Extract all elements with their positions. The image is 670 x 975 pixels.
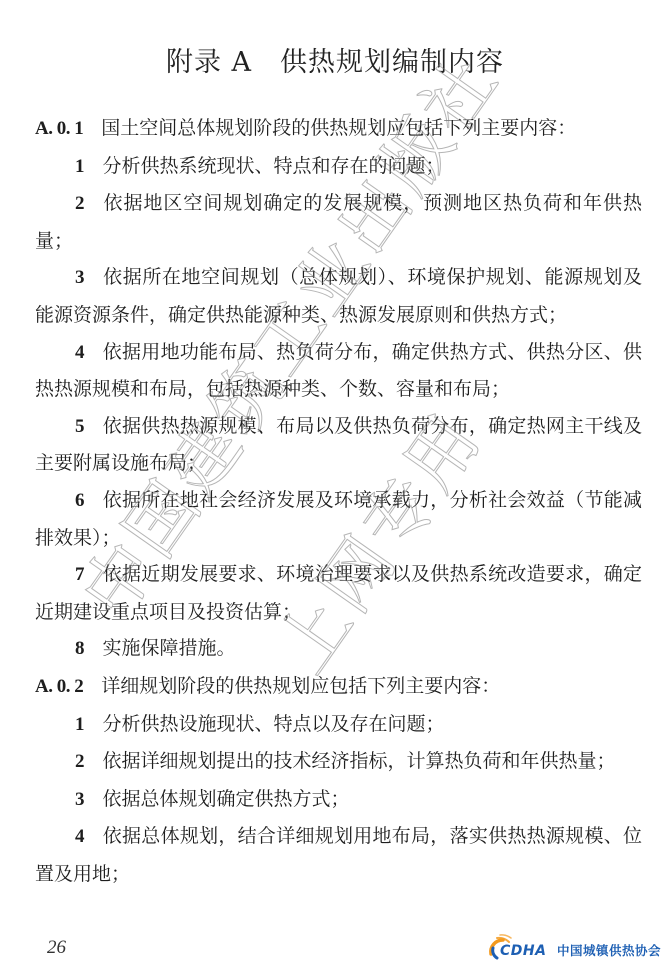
item-number: 4 xyxy=(75,826,85,847)
item-number: 2 xyxy=(75,193,85,214)
item-text: 实施保障措施。 xyxy=(103,637,236,659)
list-item: 3依据总体规划确定供热方式； xyxy=(35,781,642,819)
clause-number: A. 0. 1 xyxy=(35,118,83,139)
association-logo: CDHA 中国城镇供热协会 xyxy=(487,932,661,962)
item-text: 依据用地功能布局、热负荷分布，确定供热方式、供热分区、供热热源规模和布局，包括热… xyxy=(35,341,642,401)
item-text: 分析供热系统现状、特点和存在的问题； xyxy=(103,155,445,177)
list-item: 4依据用地功能布局、热负荷分布，确定供热方式、供热分区、供热热源规模和布局，包括… xyxy=(35,334,642,408)
item-text: 依据供热热源规模、布局以及供热负荷分布，确定热网主干线及主要附属设施布局； xyxy=(35,415,642,475)
item-number: 1 xyxy=(75,156,85,177)
list-item: 3依据所在地空间规划（总体规划）、环境保护规划、能源规划及能源资源条件，确定供热… xyxy=(35,259,642,333)
item-text: 依据总体规划确定供热方式； xyxy=(103,788,350,810)
list-item: 6依据所在地社会经济发展及环境承载力，分析社会效益（节能减排效果）； xyxy=(35,482,642,556)
item-text: 依据所在地社会经济发展及环境承载力，分析社会效益（节能减排效果）； xyxy=(35,489,642,549)
list-item: 2依据详细规划提出的技术经济指标，计算热负荷和年供热量； xyxy=(35,743,642,781)
item-number: 1 xyxy=(75,714,85,735)
item-number: 3 xyxy=(75,267,85,288)
list-item: 4依据总体规划，结合详细规划用地布局，落实供热热源规模、位置及用地； xyxy=(35,818,642,892)
item-number: 3 xyxy=(75,789,85,810)
item-text: 依据地区空间规划确定的发展规模，预测地区热负荷和年供热量； xyxy=(35,192,642,252)
item-number: 5 xyxy=(75,416,85,437)
page-number: 26 xyxy=(47,937,66,959)
item-text: 依据总体规划，结合详细规划用地布局，落实供热热源规模、位置及用地； xyxy=(35,825,642,885)
item-number: 7 xyxy=(75,564,85,585)
list-item: 8实施保障措施。 xyxy=(35,630,642,668)
logo-acronym: CDHA xyxy=(500,943,546,959)
list-item: 5依据供热热源规模、布局以及供热负荷分布，确定热网主干线及主要附属设施布局； xyxy=(35,408,642,482)
clause-lead: 详细规划阶段的供热规划应包括下列主要内容： xyxy=(101,675,500,697)
clause-a02: A. 0. 2详细规划阶段的供热规划应包括下列主要内容： xyxy=(35,668,642,706)
item-text: 依据近期发展要求、环境治理要求以及供热系统改造要求，确定近期建设重点项目及投资估… xyxy=(35,563,642,623)
list-item: 1分析供热系统现状、特点和存在的问题； xyxy=(35,148,642,186)
list-item: 2依据地区空间规划确定的发展规模，预测地区热负荷和年供热量； xyxy=(35,185,642,259)
item-text: 依据详细规划提出的技术经济指标，计算热负荷和年供热量； xyxy=(103,750,616,772)
logo-name: 中国城镇供热协会 xyxy=(557,941,661,959)
item-text: 依据所在地空间规划（总体规划）、环境保护规划、能源规划及能源资源条件，确定供热能… xyxy=(35,266,642,326)
list-item: 1分析供热设施现状、特点以及存在问题； xyxy=(35,706,642,744)
clause-lead: 国土空间总体规划阶段的供热规划应包括下列主要内容： xyxy=(101,117,576,139)
document-body: A. 0. 1国土空间总体规划阶段的供热规划应包括下列主要内容： 1分析供热系统… xyxy=(35,110,642,892)
item-number: 6 xyxy=(75,490,85,511)
item-number: 8 xyxy=(75,638,85,659)
clause-a01: A. 0. 1国土空间总体规划阶段的供热规划应包括下列主要内容： xyxy=(35,110,642,148)
clause-number: A. 0. 2 xyxy=(35,676,83,697)
list-item: 7依据近期发展要求、环境治理要求以及供热系统改造要求，确定近期建设重点项目及投资… xyxy=(35,556,642,630)
item-text: 分析供热设施现状、特点以及存在问题； xyxy=(103,713,445,735)
logo-mark: CDHA xyxy=(487,932,553,962)
item-number: 2 xyxy=(75,751,85,772)
page-title: 附录 A 供热规划编制内容 xyxy=(0,40,670,79)
item-number: 4 xyxy=(75,342,85,363)
